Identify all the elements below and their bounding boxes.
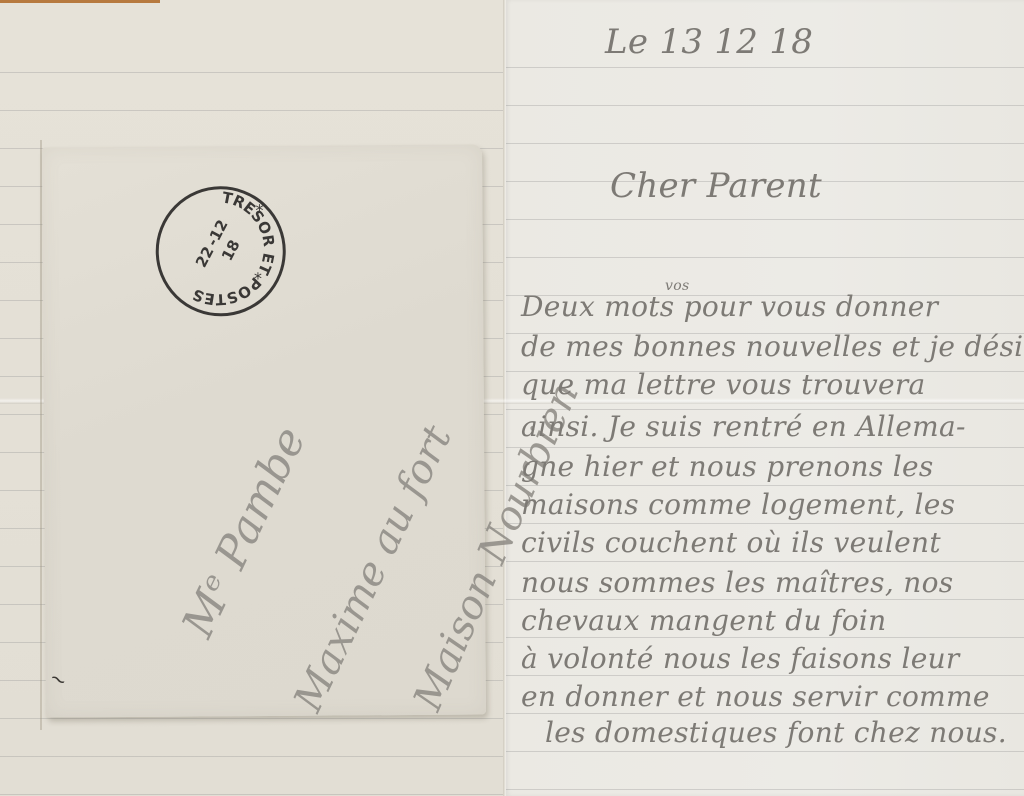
body-line: civils couchent où ils veulent — [521, 526, 941, 559]
envelope: TRESOR ET POSTES * * 22 -12 18 Mᵉ Pambe … — [42, 144, 486, 717]
body-line: les domestiques font chez nous. — [545, 716, 1007, 749]
postmark-day: 22 — [192, 244, 218, 271]
postmark-icon: TRESOR ET POSTES * * 22 -12 18 — [155, 186, 280, 311]
postmark-stamp: TRESOR ET POSTES * * 22 -12 18 — [155, 186, 286, 317]
body-line: Deux mots pour vous donner — [521, 290, 938, 323]
body-line: gne hier et nous prenons les — [521, 450, 934, 483]
letter-greeting: Cher Parent — [610, 166, 822, 206]
address-line-name: Mᵉ Pambe — [172, 419, 316, 645]
letter-content: Le 13 12 18 Cher Parent vos Deux mots po… — [515, 0, 1024, 796]
star-icon: * — [254, 269, 262, 288]
body-line: nous sommes les maîtres, nos — [521, 566, 953, 599]
body-line: en donner et nous servir comme — [521, 680, 990, 713]
body-line: maisons comme logement, les — [521, 488, 955, 521]
body-line: à volonté nous les faisons leur — [521, 642, 960, 675]
body-line: chevaux mangent du foin — [521, 604, 886, 637]
table-edge-strip — [0, 0, 160, 3]
body-line: de mes bonnes nouvelles et je désire — [521, 330, 1024, 363]
body-line: que ma lettre vous trouvera — [521, 368, 926, 401]
corner-scribble: ≀ — [45, 670, 70, 688]
star-icon: * — [255, 201, 263, 220]
letter-date: Le 13 12 18 — [605, 22, 813, 62]
body-line: ainsi. Je suis rentré en Allema- — [521, 410, 966, 443]
